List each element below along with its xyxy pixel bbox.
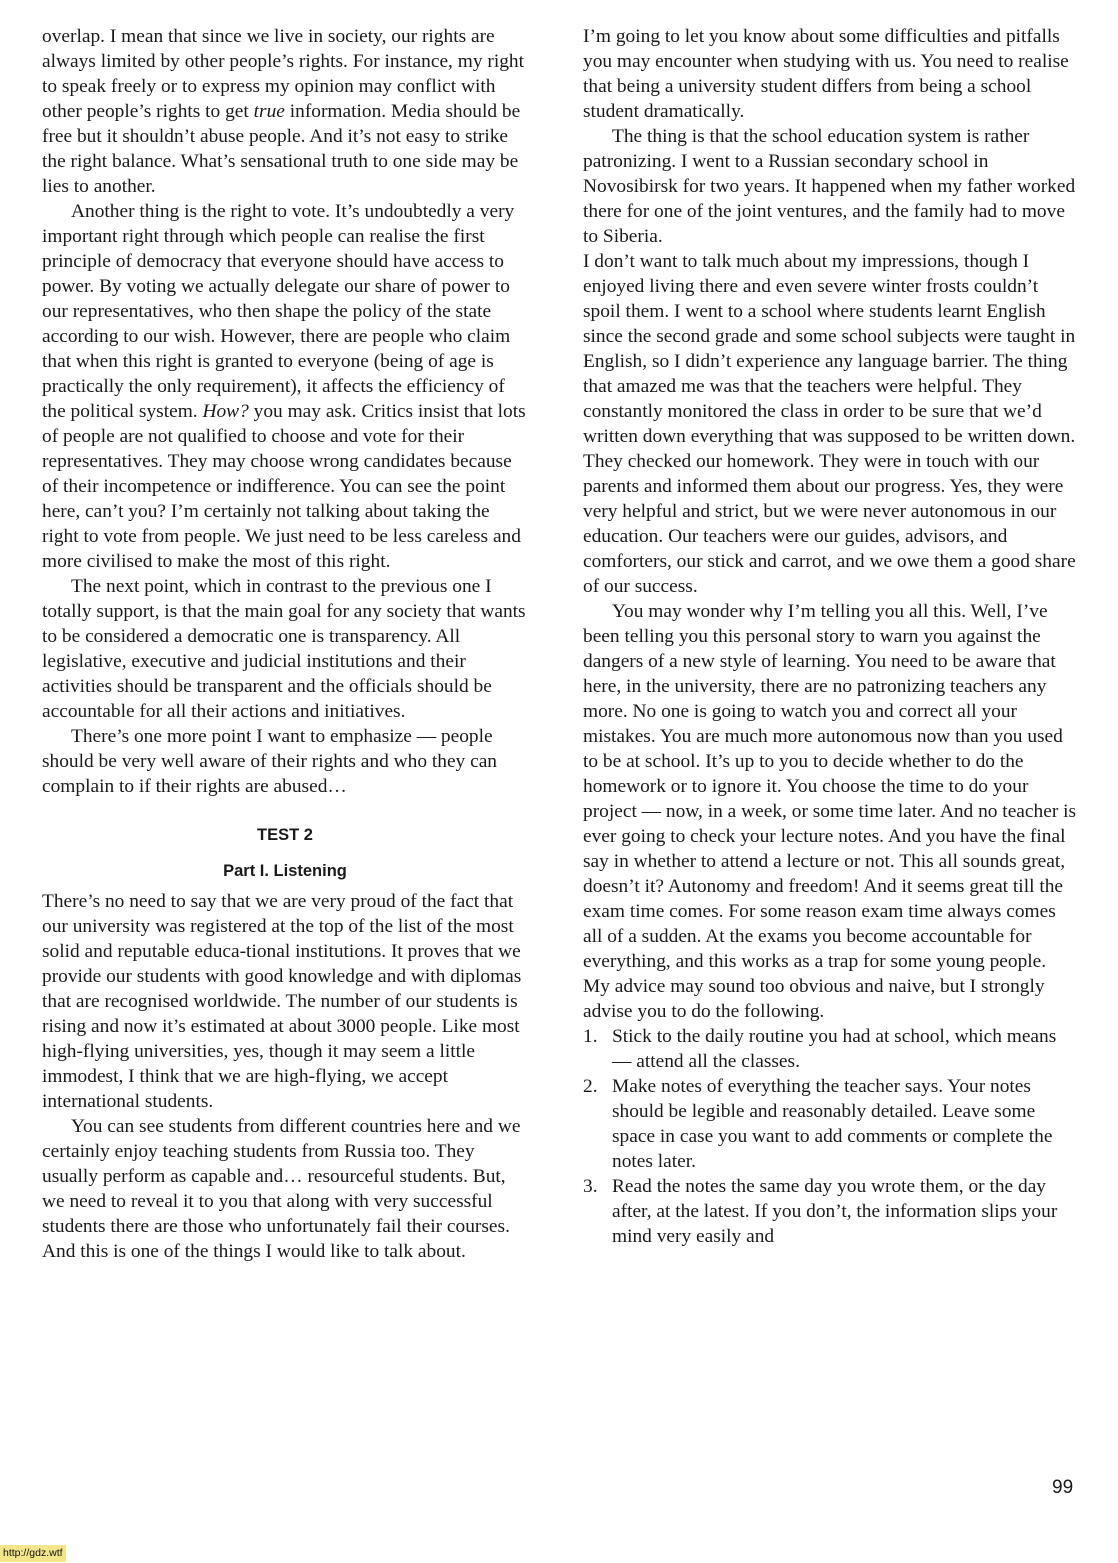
page-number: 99	[1052, 1477, 1073, 1499]
list-text: Stick to the daily routine you had at sc…	[612, 1026, 1056, 1072]
list-number: 2.	[583, 1074, 598, 1099]
watermark-link[interactable]: http://gdz.wtf	[0, 1545, 66, 1562]
advice-list: 1.Stick to the daily routine you had at …	[583, 1024, 1077, 1249]
list-item: 3.Read the notes the same day you wrote …	[583, 1174, 1077, 1249]
paragraph: There’s one more point I want to emphasi…	[42, 724, 528, 799]
paragraph: overlap. I mean that since we live in so…	[42, 24, 528, 199]
list-text: Make notes of everything the teacher say…	[612, 1076, 1052, 1172]
text: you may ask. Critics insist that lots of…	[42, 401, 526, 572]
emphasis: How?	[202, 401, 248, 422]
paragraph: There’s no need to say that we are very …	[42, 889, 528, 1114]
emphasis: true	[254, 101, 285, 122]
paragraph: I don’t want to talk much about my impre…	[583, 249, 1077, 599]
paragraph: You can see students from different coun…	[42, 1114, 528, 1264]
list-item: 2.Make notes of everything the teacher s…	[583, 1074, 1077, 1174]
paragraph: Another thing is the right to vote. It’s…	[42, 199, 528, 574]
right-column: I’m going to let you know about some dif…	[583, 24, 1077, 1249]
text: Another thing is the right to vote. It’s…	[42, 201, 514, 422]
paragraph: I’m going to let you know about some dif…	[583, 24, 1077, 124]
paragraph: You may wonder why I’m telling you all t…	[583, 599, 1077, 1024]
list-number: 1.	[583, 1024, 598, 1049]
paragraph: The next point, which in contrast to the…	[42, 574, 528, 724]
part-heading: Part I. Listening	[42, 861, 528, 881]
paragraph: The thing is that the school education s…	[583, 124, 1077, 249]
left-column: overlap. I mean that since we live in so…	[42, 24, 528, 1264]
test-heading: TEST 2	[42, 825, 528, 845]
list-text: Read the notes the same day you wrote th…	[612, 1176, 1057, 1247]
list-item: 1.Stick to the daily routine you had at …	[583, 1024, 1077, 1074]
list-number: 3.	[583, 1174, 598, 1199]
